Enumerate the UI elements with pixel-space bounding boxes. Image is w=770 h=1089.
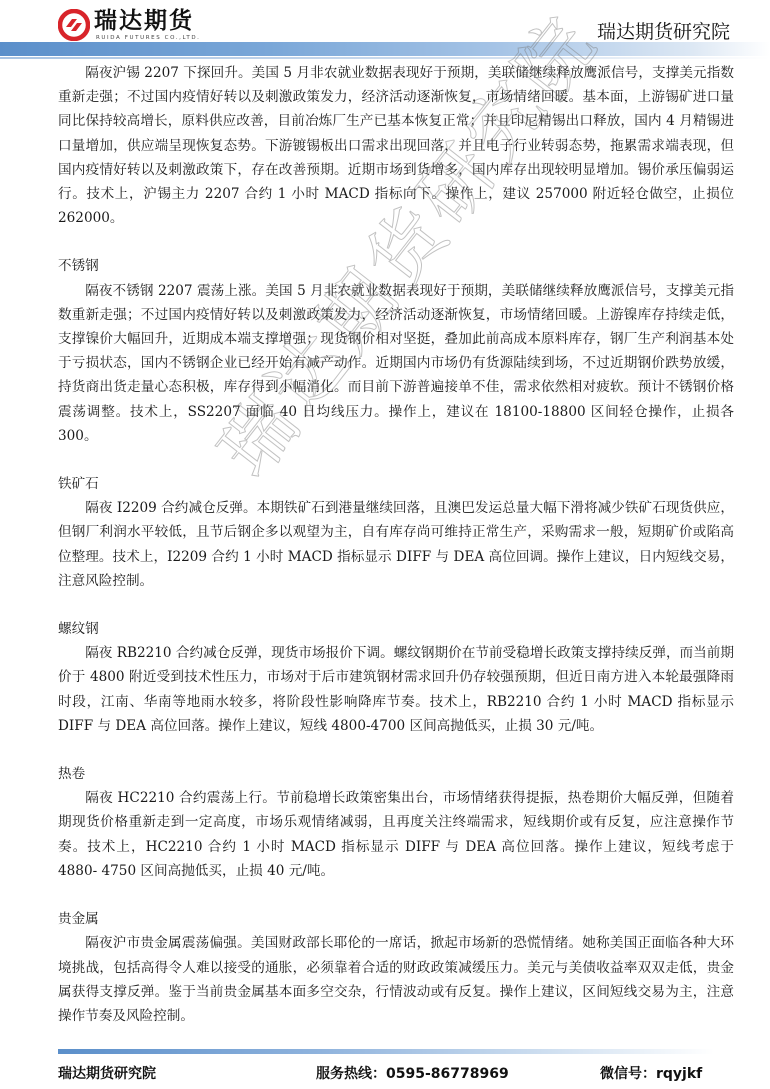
footer-hotline: 服务热线：0595-86778969 — [316, 1063, 509, 1083]
page-header: 瑞达期货 RUIDA FUTURES CO.,LTD. 瑞达期货研究院 — [0, 0, 770, 62]
section-stainless-steel-body: 隔夜不锈钢 2207 震荡上涨。美国 5 月非农就业数据表现好于预期，美联储继续… — [58, 279, 734, 448]
section-hot-coil-body: 隔夜 HC2210 合约震荡上行。节前稳增长政策密集出台，市场情绪获得提振，热卷… — [58, 786, 734, 883]
report-body: 隔夜沪锡 2207 下探回升。美国 5 月非农就业数据表现好于预期，美联储继续释… — [58, 61, 734, 1028]
section-title-hot-coil: 热卷 — [58, 762, 734, 786]
section-title-iron-ore: 铁矿石 — [58, 472, 734, 496]
footer-gradient-bar — [58, 1049, 714, 1054]
section-title-rebar: 螺纹钢 — [58, 617, 734, 641]
section-title-stainless-steel: 不锈钢 — [58, 254, 734, 278]
footer-org: 瑞达期货研究院 — [58, 1063, 156, 1083]
logo-chinese-name: 瑞达期货 — [94, 8, 201, 34]
footer-wechat: 微信号：rqyjkf — [600, 1063, 702, 1083]
header-title: 瑞达期货研究院 — [597, 17, 730, 44]
header-gradient-bar — [0, 42, 770, 56]
company-logo: 瑞达期货 RUIDA FUTURES CO.,LTD. — [58, 6, 201, 44]
section-iron-ore-body: 隔夜 I2209 合约减仓反弹。本期铁矿石到港量继续回落，且澳巴发运总量大幅下滑… — [58, 496, 734, 593]
page-footer: 瑞达期货研究院 服务热线：0595-86778969 微信号：rqyjkf — [58, 1063, 718, 1085]
logo-mark-icon — [58, 9, 90, 41]
logo-english-name: RUIDA FUTURES CO.,LTD. — [96, 34, 201, 42]
section-title-precious-metals: 贵金属 — [58, 907, 734, 931]
header-divider — [0, 57, 770, 59]
section-tin-body: 隔夜沪锡 2207 下探回升。美国 5 月非农就业数据表现好于预期，美联储继续释… — [58, 61, 734, 230]
section-precious-metals-body: 隔夜沪市贵金属震荡偏强。美国财政部长耶伦的一席话，掀起市场新的恐慌情绪。她称美国… — [58, 931, 734, 1028]
section-rebar-body: 隔夜 RB2210 合约减仓反弹，现货市场报价下调。螺纹钢期价在节前受稳增长政策… — [58, 641, 734, 738]
